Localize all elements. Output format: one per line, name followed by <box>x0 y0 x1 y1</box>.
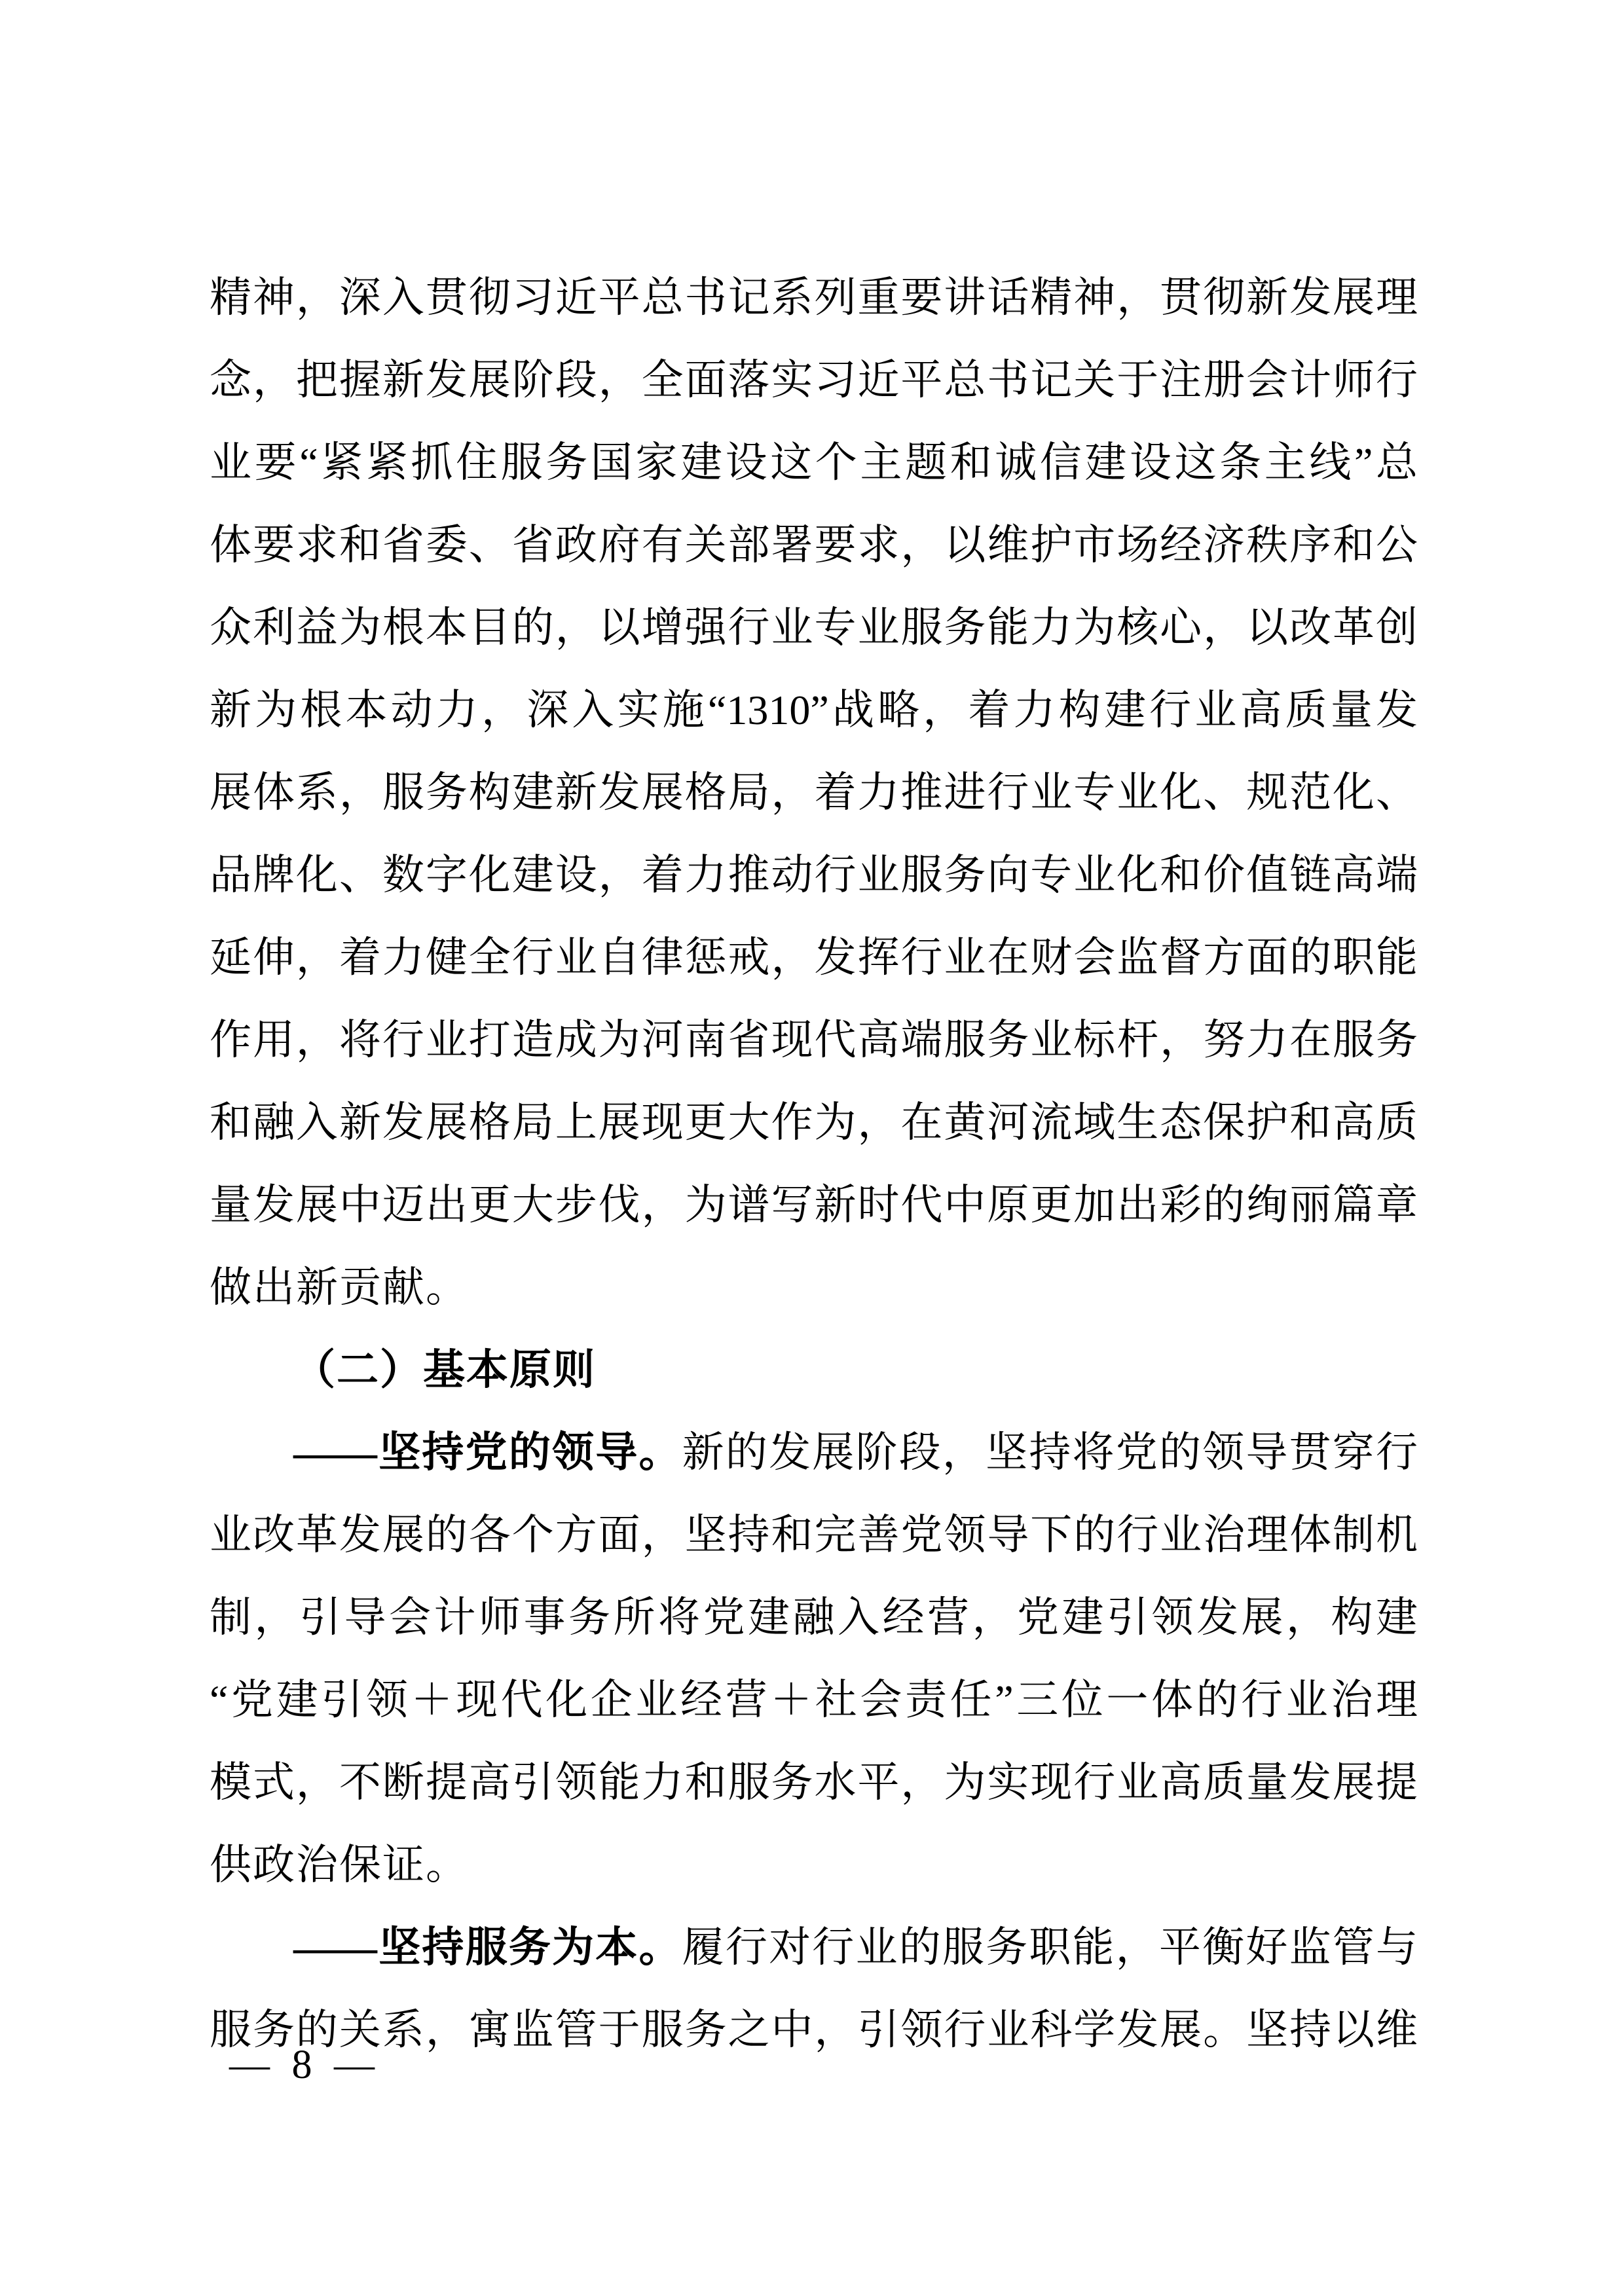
text-line-20: 供政治保证。 <box>210 1824 1418 1906</box>
text-line-11: 和融入新发展格局上展现更大作为，在黄河流域生态保护和高质 <box>210 1082 1418 1164</box>
text-segment: 精神，深入贯彻习近平总书记系列重要讲话精神，贯彻新发展理 <box>210 274 1418 321</box>
text-line-19: 模式，不断提高引领能力和服务水平，为实现行业高质量发展提 <box>210 1741 1418 1824</box>
text-line-6: 新为根本动力，深入实施“1310”战略，着力构建行业高质量发 <box>210 669 1418 752</box>
text-segment: 做出新贡献。 <box>210 1264 469 1311</box>
text-segment: “党建引领＋现代化企业经营＋社会责任”三位一体的行业治理 <box>210 1677 1418 1723</box>
text-line-12: 量发展中迈出更大步伐，为谱写新时代中原更加出彩的绚丽篇章 <box>210 1164 1418 1247</box>
text-segment: 品牌化、数字化建设，着力推动行业服务向专业化和价值链高端 <box>210 852 1418 898</box>
text-line-3: 业要“紧紧抓住服务国家建设这个主题和诚信建设这条主线”总 <box>210 422 1418 504</box>
page-number-footer: — 8 — <box>229 2044 375 2086</box>
page-number-text: — 8 — <box>229 2043 375 2087</box>
text-line-5: 众利益为根本目的，以增强行业专业服务能力为核心，以改革创 <box>210 587 1418 669</box>
text-segment: 念，把握新发展阶段，全面落实习近平总书记关于注册会计师行 <box>210 357 1418 403</box>
text-segment: 新为根本动力，深入实施“1310”战略，着力构建行业高质量发 <box>210 687 1418 733</box>
text-segment: 制，引导会计师事务所将党建融入经营，党建引领发展，构建 <box>210 1594 1418 1641</box>
text-line-2: 念，把握新发展阶段，全面落实习近平总书记关于注册会计师行 <box>210 339 1418 422</box>
text-line-7: 展体系，服务构建新发展格局，着力推进行业专业化、规范化、 <box>210 752 1418 834</box>
text-segment: 和融入新发展格局上展现更大作为，在黄河流域生态保护和高质 <box>210 1099 1418 1146</box>
text-line-1: 精神，深入贯彻习近平总书记系列重要讲话精神，贯彻新发展理 <box>210 257 1418 339</box>
text-line-15: ——坚持党的领导。新的发展阶段，坚持将党的领导贯穿行 <box>210 1412 1418 1494</box>
bold-text-segment: ——坚持党的领导。 <box>293 1429 682 1476</box>
document-page: 精神，深入贯彻习近平总书记系列重要讲话精神，贯彻新发展理念，把握新发展阶段，全面… <box>0 0 1624 2296</box>
text-line-21: ——坚持服务为本。履行对行业的服务职能，平衡好监管与 <box>210 1906 1418 1989</box>
text-segment: 作用，将行业打造成为河南省现代高端服务业标杆，努力在服务 <box>210 1017 1418 1063</box>
text-line-18: “党建引领＋现代化企业经营＋社会责任”三位一体的行业治理 <box>210 1659 1418 1741</box>
text-line-22: 服务的关系，寓监管于服务之中，引领行业科学发展。坚持以维 <box>210 1989 1418 2071</box>
text-segment: 众利益为根本目的，以增强行业专业服务能力为核心，以改革创 <box>210 604 1418 651</box>
text-segment: 服务的关系，寓监管于服务之中，引领行业科学发展。坚持以维 <box>210 2007 1418 2053</box>
bold-text-segment: ——坚持服务为本。 <box>293 1924 682 1971</box>
text-line-13: 做出新贡献。 <box>210 1247 1418 1329</box>
text-segment: 模式，不断提高引领能力和服务水平，为实现行业高质量发展提 <box>210 1759 1418 1806</box>
text-segment: 业改革发展的各个方面，坚持和完善党领导下的行业治理体制机 <box>210 1512 1418 1558</box>
text-segment: 延伸，着力健全行业自律惩戒，发挥行业在财会监督方面的职能 <box>210 934 1418 981</box>
text-line-9: 延伸，着力健全行业自律惩戒，发挥行业在财会监督方面的职能 <box>210 917 1418 999</box>
text-segment: 量发展中迈出更大步伐，为谱写新时代中原更加出彩的绚丽篇章 <box>210 1182 1418 1228</box>
text-line-4: 体要求和省委、省政府有关部署要求，以维护市场经济秩序和公 <box>210 504 1418 587</box>
text-segment: 展体系，服务构建新发展格局，着力推进行业专业化、规范化、 <box>210 769 1418 816</box>
text-segment: 体要求和省委、省政府有关部署要求，以维护市场经济秩序和公 <box>210 522 1418 568</box>
text-line-16: 业改革发展的各个方面，坚持和完善党领导下的行业治理体制机 <box>210 1494 1418 1576</box>
bold-text-segment: （二）基本原则 <box>293 1347 596 1393</box>
text-line-10: 作用，将行业打造成为河南省现代高端服务业标杆，努力在服务 <box>210 999 1418 1082</box>
text-line-14: （二）基本原则 <box>210 1329 1418 1412</box>
text-segment: 新的发展阶段，坚持将党的领导贯穿行 <box>682 1429 1418 1476</box>
text-segment: 供政治保证。 <box>210 1842 469 1888</box>
text-line-17: 制，引导会计师事务所将党建融入经营，党建引领发展，构建 <box>210 1576 1418 1659</box>
text-segment: 履行对行业的服务职能，平衡好监管与 <box>682 1924 1418 1971</box>
document-body: 精神，深入贯彻习近平总书记系列重要讲话精神，贯彻新发展理念，把握新发展阶段，全面… <box>210 257 1418 2071</box>
text-line-8: 品牌化、数字化建设，着力推动行业服务向专业化和价值链高端 <box>210 834 1418 917</box>
text-segment: 业要“紧紧抓住服务国家建设这个主题和诚信建设这条主线”总 <box>210 439 1418 486</box>
